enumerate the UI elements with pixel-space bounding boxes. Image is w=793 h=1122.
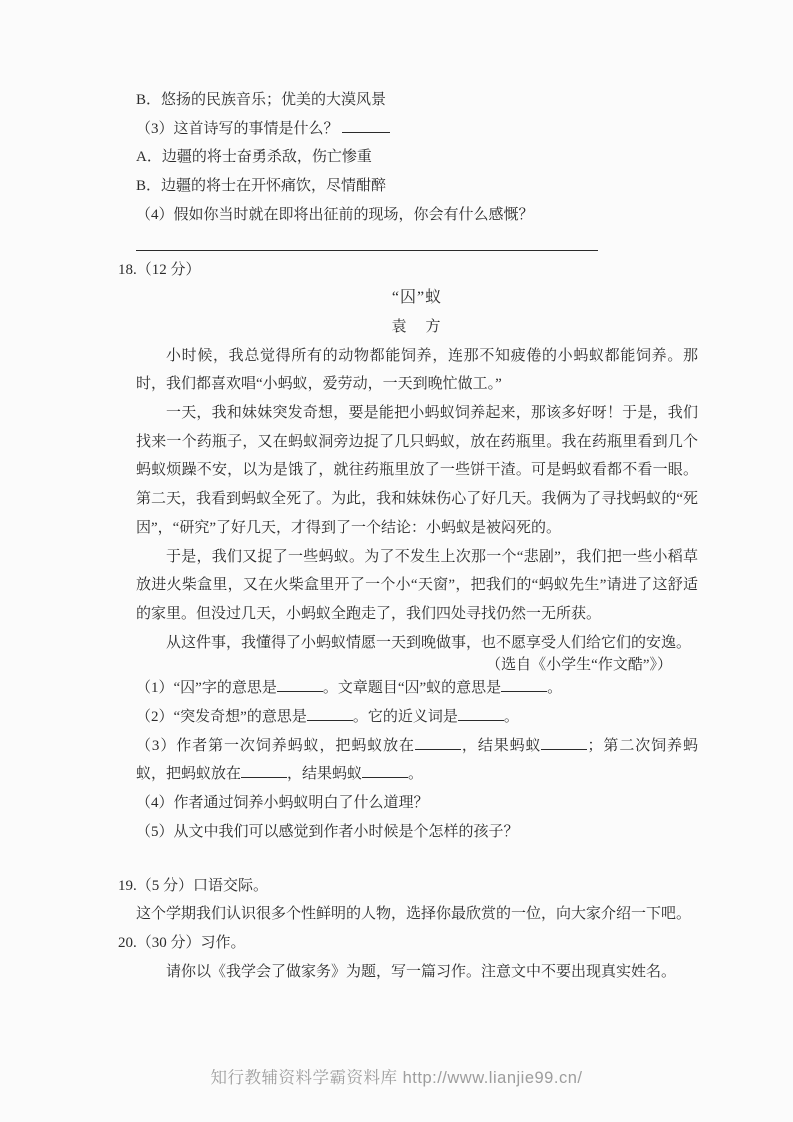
answer-blank	[458, 707, 504, 721]
q18-number: 18.（12 分）	[118, 256, 698, 285]
q18-sub3-seg2: ，结果蚂蚁	[461, 738, 542, 754]
q18-sub1-seg1: （1）“囚”字的意思是	[136, 680, 277, 696]
answer-blank	[541, 736, 587, 750]
answer-blank	[342, 119, 390, 133]
passage-paragraph-1: 小时候，我总觉得所有的动物都能饲养，连那不知疲倦的小蚂蚁都能饲养。那时，我们都喜…	[136, 342, 698, 399]
passage-source: （选自《小学生“作文酷”》）	[136, 657, 698, 674]
answer-blank	[501, 678, 547, 692]
page-footer: 知行教辅资料学霸资料库 http://www.lianjie99.cn/	[0, 1064, 793, 1088]
q17-option-b2: B．边疆的将士在开怀痛饮，尽情酣醉	[136, 172, 698, 201]
q18-sub-question-5: （5）从文中我们可以感觉到作者小时候是个怎样的孩子？	[136, 818, 698, 847]
q18-sub2-seg3: 。	[504, 709, 519, 725]
q19-number: 19.（5 分）口语交际。	[118, 872, 698, 901]
q18-sub-question-4: （4）作者通过饲养小蚂蚁明白了什么道理？	[136, 789, 698, 818]
q17-sub3-text: （3）这首诗写的事情是什么？	[136, 121, 339, 137]
q18-sub2-seg1: （2）“突发奇想”的意思是	[136, 709, 307, 725]
passage-title: “囚”蚁	[136, 284, 698, 313]
q17-option-a: A．边疆的将士奋勇杀敌，伤亡惨重	[136, 143, 698, 172]
q18-sub-question-2: （2）“突发奇想”的意思是。它的近义词是。	[136, 703, 698, 732]
answer-blank	[362, 764, 408, 778]
q17-sub-question-3: （3）这首诗写的事情是什么？	[136, 115, 698, 144]
passage-paragraph-2: 一天，我和妹妹突发奇想，要是能把小蚂蚁饲养起来，那该多好呀！于是，我们找来一个药…	[136, 399, 698, 543]
q18-sub3-seg5: 。	[408, 766, 423, 782]
q20-prompt: 请你以《我学会了做家务》为题，写一篇习作。注意文中不要出现真实姓名。	[136, 958, 698, 987]
q18-sub-question-3: （3）作者第一次饲养蚂蚁，把蚂蚁放在，结果蚂蚁；第二次饲养蚂蚁，把蚂蚁放在，结果…	[136, 732, 698, 789]
passage-paragraph-4: 从这件事，我懂得了小蚂蚁情愿一天到晚做事，也不愿享受人们给它们的安逸。	[136, 629, 698, 658]
q18-sub3-seg4: ，结果蚂蚁	[287, 766, 362, 782]
q17-sub-question-4: （4）假如你当时就在即将出征前的现场，你会有什么感慨？	[136, 201, 698, 230]
exam-content: B．悠扬的民族音乐；优美的大漠风景 （3）这首诗写的事情是什么？ A．边疆的将士…	[0, 0, 793, 986]
q18-sub-question-1: （1）“囚”字的意思是。文章题目“囚”蚁的意思是。	[136, 674, 698, 703]
exam-page: B．悠扬的民族音乐；优美的大漠风景 （3）这首诗写的事情是什么？ A．边疆的将士…	[0, 0, 793, 1122]
answer-blank	[415, 736, 461, 750]
q17-option-b1: B．悠扬的民族音乐；优美的大漠风景	[136, 86, 698, 115]
answer-write-line	[136, 250, 598, 251]
q19-prompt: 这个学期我们认识很多个性鲜明的人物，选择你最欣赏的一位，向大家介绍一下吧。	[136, 900, 698, 929]
q18-sub1-seg2: 。文章题目“囚”蚁的意思是	[323, 680, 501, 696]
q18-sub3-seg1: （3）作者第一次饲养蚂蚁，把蚂蚁放在	[136, 738, 415, 754]
answer-blank	[307, 707, 353, 721]
q18-sub2-seg2: 。它的近义词是	[353, 709, 458, 725]
passage-paragraph-3: 于是，我们又捉了一些蚂蚁。为了不发生上次那一个“悲剧”，我们把一些小稻草放进火柴…	[136, 543, 698, 629]
passage-author: 袁 方	[136, 313, 698, 342]
q20-number: 20.（30 分）习作。	[118, 929, 698, 958]
answer-blank	[277, 678, 323, 692]
answer-blank	[241, 764, 287, 778]
q18-sub1-seg3: 。	[547, 680, 562, 696]
